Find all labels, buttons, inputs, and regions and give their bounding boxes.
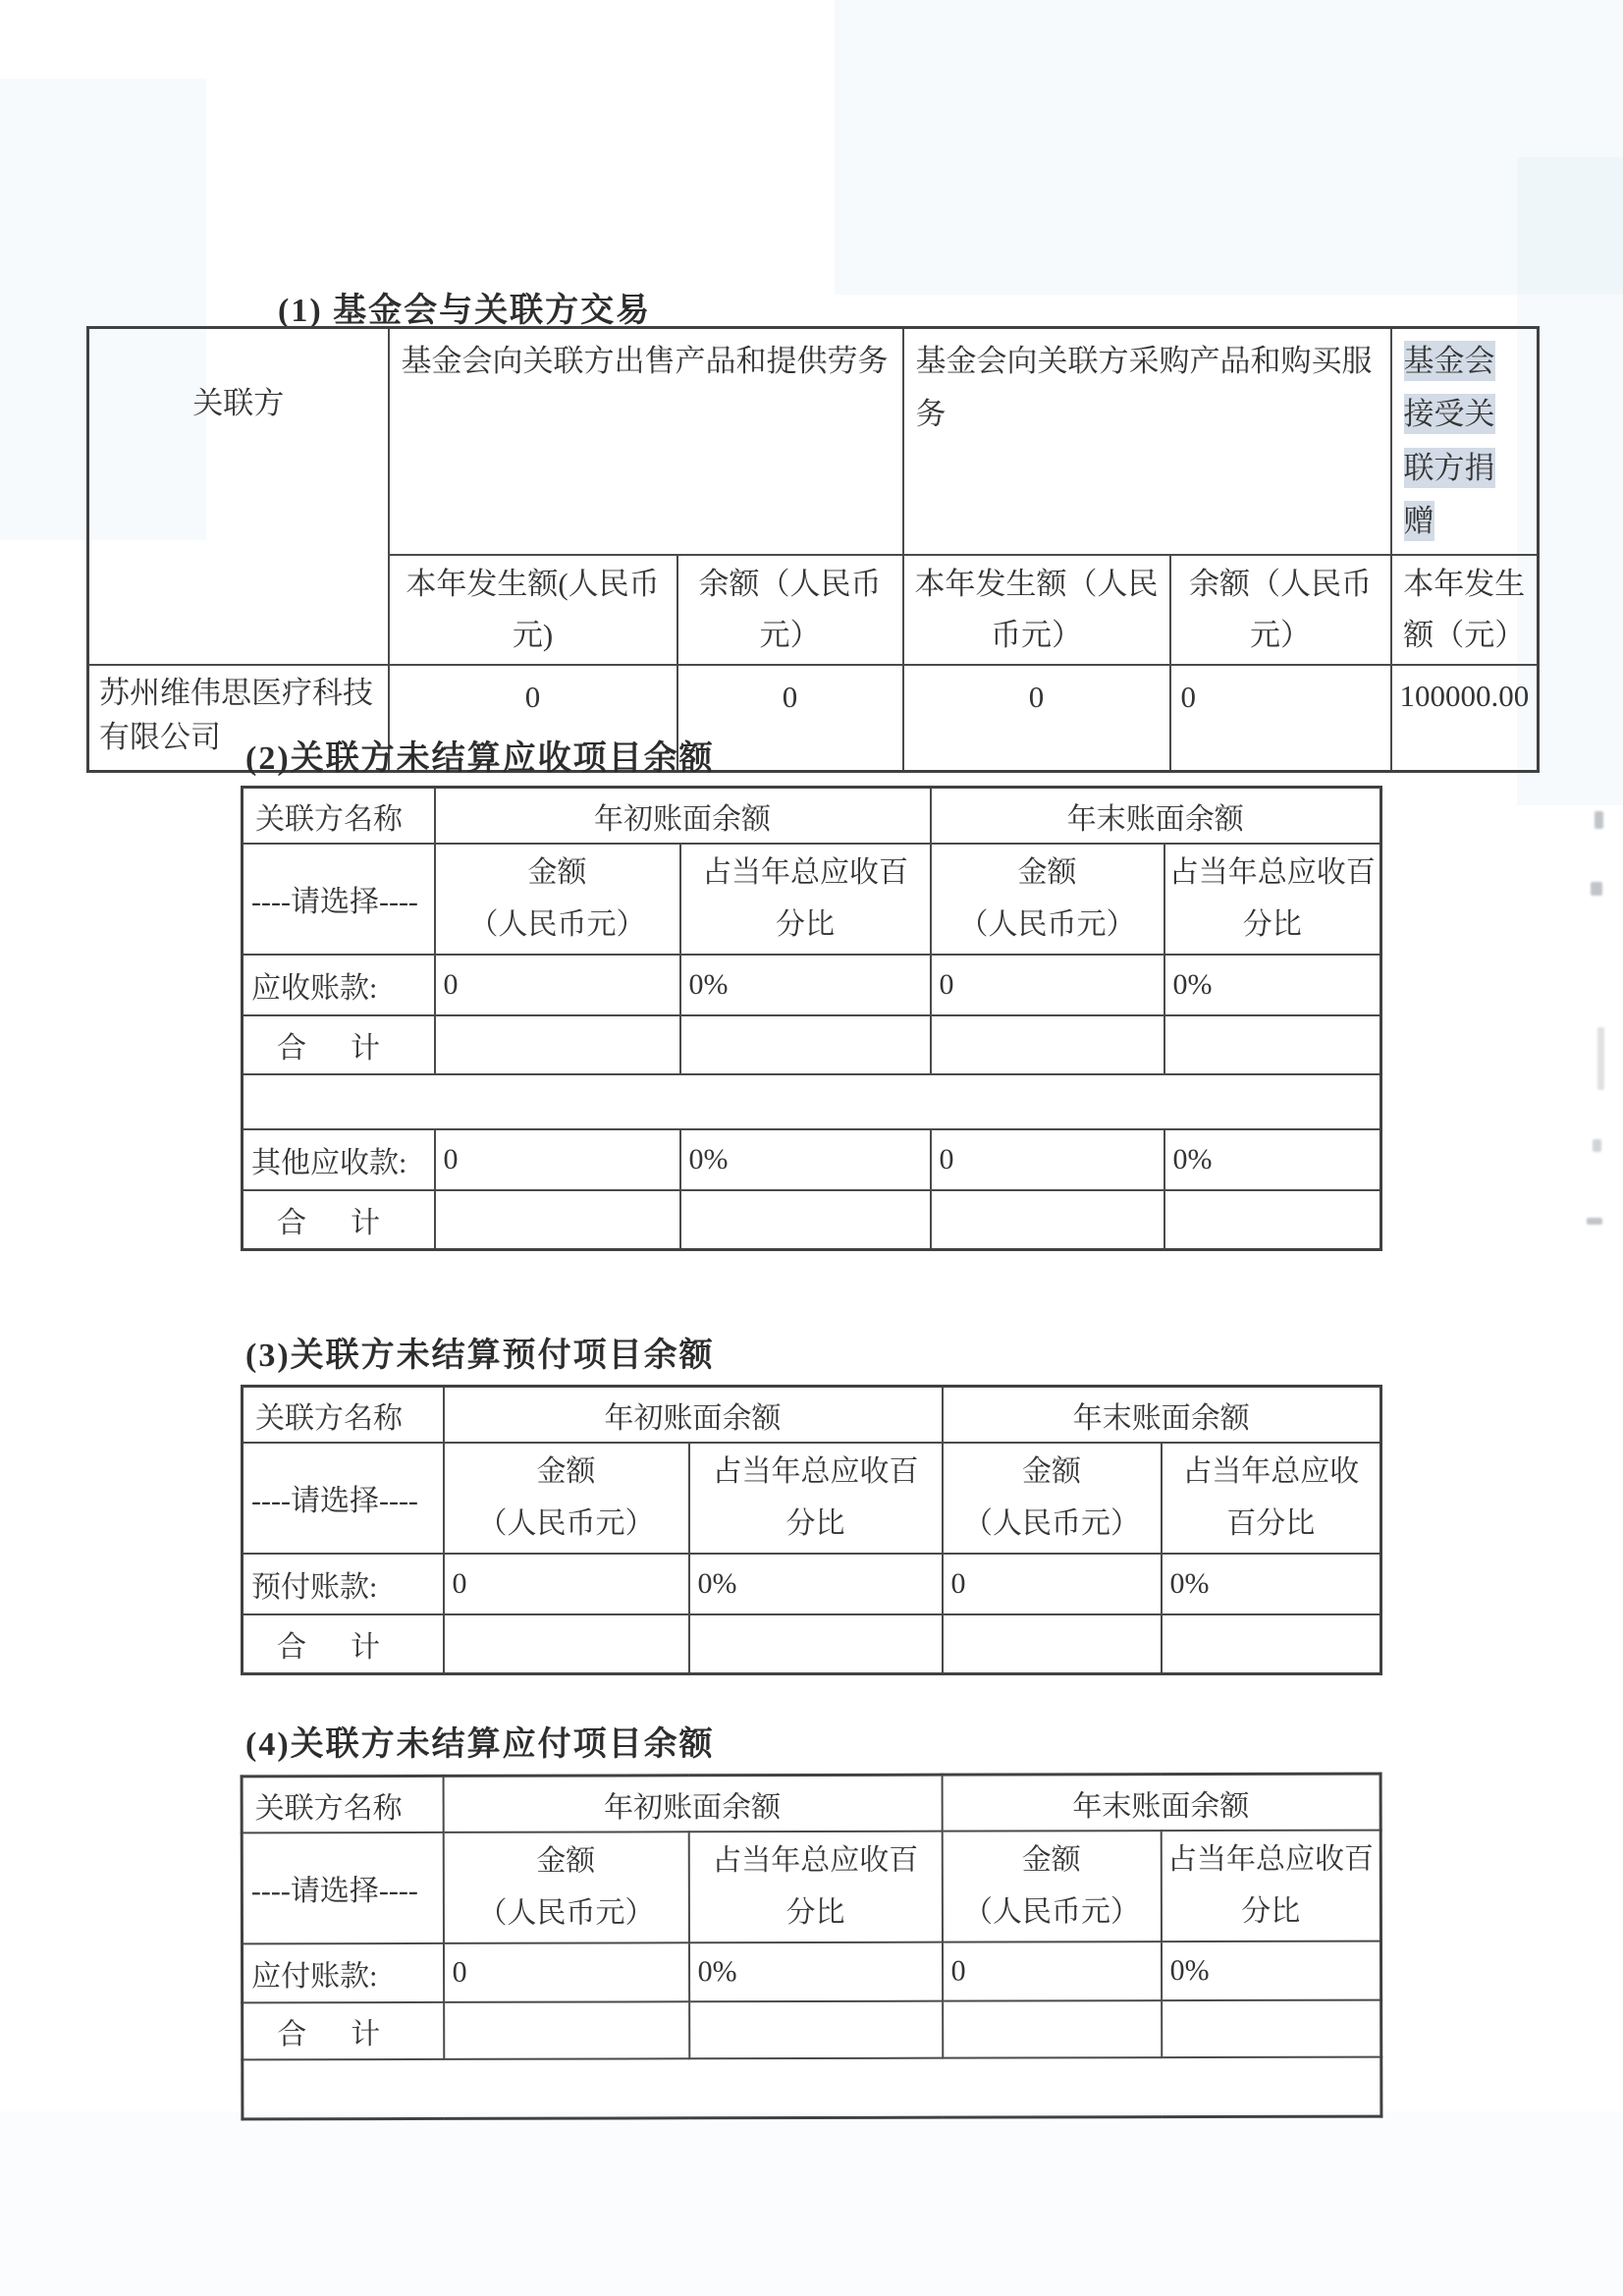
table-row: ----请选择---- 金额 （人民币元） 占当年总应收百 分比 金额 （人民币… bbox=[243, 1443, 1381, 1554]
row-label: 应付账款: bbox=[242, 1943, 443, 2003]
empty-cell bbox=[1162, 1999, 1381, 2057]
column-header: 占当年总应收百 分比 bbox=[1161, 1831, 1380, 1941]
table-row: 预付账款: 0 0% 0 0% bbox=[243, 1554, 1381, 1614]
empty-cell bbox=[680, 1190, 931, 1250]
group-header-donation: 基金会接受关联方捐赠 bbox=[1391, 328, 1539, 556]
column-header: 金额 （人民币元） bbox=[443, 1831, 688, 1942]
end-period-header: 年末账面余额 bbox=[943, 1387, 1381, 1444]
value-cell: 0% bbox=[1164, 955, 1381, 1015]
empty-cell bbox=[444, 2001, 689, 2059]
table-row: 关联方名称 年初账面余额 年末账面余额 bbox=[243, 788, 1381, 845]
row-label: 应收账款: bbox=[243, 955, 435, 1015]
row-label: 其他应收款: bbox=[243, 1129, 435, 1190]
value-cell: 0% bbox=[1164, 1129, 1381, 1190]
total-label: 合 计 bbox=[243, 1190, 435, 1250]
scan-smudge bbox=[1587, 1218, 1602, 1225]
column-header: 占当年总应收百 分比 bbox=[688, 1831, 942, 1942]
related-party-transactions-table: 关联方 基金会向关联方出售产品和提供劳务 基金会向关联方采购产品和购买服务 基金… bbox=[86, 326, 1540, 773]
column-header: 余额（人民币 元） bbox=[1170, 555, 1391, 665]
spacer-row bbox=[243, 1074, 1381, 1129]
total-label: 合 计 bbox=[243, 1614, 444, 1674]
column-header: 金额 （人民币元） bbox=[435, 844, 680, 955]
table-row: 关联方名称 年初账面余额 年末账面余额 bbox=[243, 1387, 1381, 1444]
begin-period-header: 年初账面余额 bbox=[435, 788, 931, 845]
value-cell: 0% bbox=[688, 1941, 942, 2001]
empty-cell bbox=[1164, 1015, 1381, 1074]
value-cell: 0% bbox=[1161, 1941, 1380, 2000]
prepayments-table: 关联方名称 年初账面余额 年末账面余额 ----请选择---- 金额 （人民币元… bbox=[241, 1385, 1382, 1675]
column-header: 本年发生额(人民币 元) bbox=[389, 555, 677, 665]
value-cell: 0 bbox=[435, 1129, 680, 1190]
name-column-header: 关联方名称 bbox=[243, 1387, 444, 1444]
value-cell: 0% bbox=[680, 1129, 931, 1190]
value-cell: 0 bbox=[943, 1554, 1162, 1614]
end-period-header: 年末账面余额 bbox=[931, 788, 1381, 845]
group-header-purchased: 基金会向关联方采购产品和购买服务 bbox=[903, 328, 1391, 556]
column-header: 占当年总应收百 分比 bbox=[680, 844, 931, 955]
empty-cell bbox=[1164, 1190, 1381, 1250]
value-cell: 0 bbox=[931, 1129, 1164, 1190]
select-placeholder: ----请选择---- bbox=[243, 1443, 444, 1554]
table-row: ----请选择---- 金额 （人民币元） 占当年总应收百 分比 金额 （人民币… bbox=[242, 1831, 1380, 1944]
column-header: 金额 （人民币元） bbox=[931, 844, 1164, 955]
select-placeholder: ----请选择---- bbox=[242, 1832, 443, 1943]
value-cell: 0 bbox=[903, 665, 1170, 772]
empty-cell bbox=[943, 1614, 1162, 1674]
highlighted-text: 基金会接受关联方捐赠 bbox=[1404, 341, 1495, 541]
column-header: 占当年总应收 百分比 bbox=[1162, 1443, 1381, 1554]
total-label: 合 计 bbox=[243, 1015, 435, 1074]
section-3-title: (3)关联方未结算预付项目余额 bbox=[245, 1328, 715, 1376]
spacer-row bbox=[243, 2056, 1381, 2118]
table-row: 应付账款: 0 0% 0 0% bbox=[242, 1941, 1380, 2002]
empty-cell bbox=[943, 2000, 1162, 2058]
value-cell: 0 bbox=[435, 955, 680, 1015]
column-header: 本年发生额（人民 币元） bbox=[903, 555, 1170, 665]
column-header: 本年发生 额（元） bbox=[1391, 555, 1539, 665]
row-label: 预付账款: bbox=[243, 1554, 444, 1614]
total-row: 合 计 bbox=[243, 1614, 1381, 1674]
empty-cell bbox=[243, 2056, 1381, 2118]
value-cell: 0 bbox=[443, 1942, 688, 2002]
total-row: 合 计 bbox=[243, 1190, 1381, 1250]
scan-smudge bbox=[1597, 1027, 1604, 1090]
empty-cell bbox=[444, 1614, 689, 1674]
scan-smudge bbox=[1595, 811, 1603, 829]
scan-smudge bbox=[1591, 882, 1602, 896]
column-header: 余额（人民币 元） bbox=[677, 555, 903, 665]
begin-period-header: 年初账面余额 bbox=[444, 1387, 943, 1444]
scan-tint bbox=[835, 0, 1623, 295]
value-cell: 0% bbox=[680, 955, 931, 1015]
empty-cell bbox=[931, 1015, 1164, 1074]
section-4-title: (4)关联方未结算应付项目余额 bbox=[245, 1717, 715, 1765]
column-header: 金额 （人民币元） bbox=[444, 1443, 689, 1554]
scan-smudge bbox=[1593, 1139, 1601, 1152]
value-cell: 0% bbox=[689, 1554, 943, 1614]
group-header-sold: 基金会向关联方出售产品和提供劳务 bbox=[389, 328, 903, 556]
section-1-title: (1) 基金会与关联方交易 bbox=[278, 283, 651, 331]
payables-table: 关联方名称 年初账面余额 年末账面余额 ----请选择---- 金额 （人民币元… bbox=[241, 1773, 1383, 2121]
table-row: 应收账款: 0 0% 0 0% bbox=[243, 955, 1381, 1015]
column-header: 金额 （人民币元） bbox=[943, 1443, 1162, 1554]
empty-cell bbox=[689, 1614, 943, 1674]
table-row: 其他应收款: 0 0% 0 0% bbox=[243, 1129, 1381, 1190]
empty-cell bbox=[689, 2000, 943, 2058]
value-cell: 0 bbox=[931, 955, 1164, 1015]
table-row: 关联方名称 年初账面余额 年末账面余额 bbox=[242, 1774, 1380, 1832]
value-cell: 0 bbox=[1170, 665, 1391, 772]
scan-tint bbox=[0, 2111, 1623, 2296]
column-header: 占当年总应收百 分比 bbox=[1164, 844, 1381, 955]
name-column-header: 关联方名称 bbox=[243, 788, 435, 845]
empty-cell bbox=[435, 1190, 680, 1250]
value-cell: 0% bbox=[1162, 1554, 1381, 1614]
name-column-header: 关联方名称 bbox=[242, 1776, 443, 1832]
empty-cell bbox=[243, 1074, 1381, 1129]
receivables-table: 关联方名称 年初账面余额 年末账面余额 ----请选择---- 金额 （人民币元… bbox=[241, 786, 1382, 1251]
section-2-title: (2)关联方未结算应收项目余额 bbox=[245, 731, 715, 779]
empty-cell bbox=[435, 1015, 680, 1074]
value-cell: 0 bbox=[444, 1554, 689, 1614]
select-placeholder: ----请选择---- bbox=[243, 844, 435, 955]
value-cell: 0 bbox=[942, 1941, 1161, 2001]
total-row: 合 计 bbox=[243, 1999, 1381, 2059]
value-cell: 100000.00 bbox=[1391, 665, 1539, 772]
empty-cell bbox=[1162, 1614, 1381, 1674]
begin-period-header: 年初账面余额 bbox=[443, 1775, 942, 1832]
empty-cell bbox=[680, 1015, 931, 1074]
table-row: 关联方 基金会向关联方出售产品和提供劳务 基金会向关联方采购产品和购买服务 基金… bbox=[88, 328, 1539, 556]
end-period-header: 年末账面余额 bbox=[942, 1774, 1380, 1831]
total-label: 合 计 bbox=[243, 2002, 444, 2060]
column-header: 金额 （人民币元） bbox=[942, 1831, 1161, 1941]
table-row: ----请选择---- 金额 （人民币元） 占当年总应收百 分比 金额 （人民币… bbox=[243, 844, 1381, 955]
empty-cell bbox=[931, 1190, 1164, 1250]
column-header: 占当年总应收百 分比 bbox=[689, 1443, 943, 1554]
party-column-header: 关联方 bbox=[88, 328, 389, 666]
total-row: 合 计 bbox=[243, 1015, 1381, 1074]
